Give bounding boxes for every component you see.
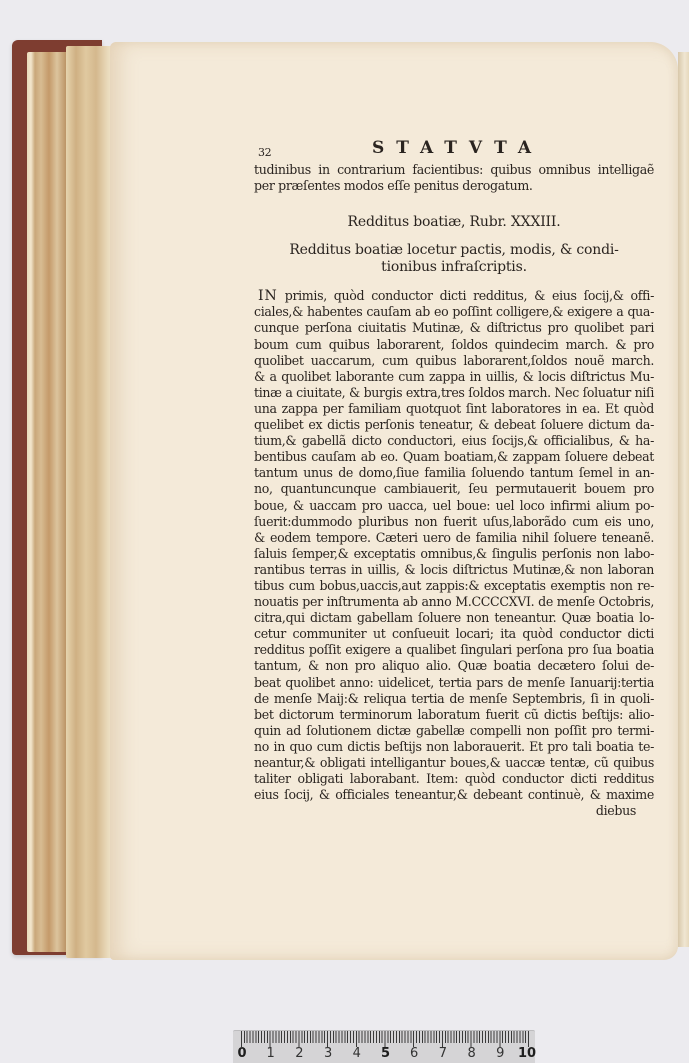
text-line: tibus cum bobus,uaccis,aut zappis:& exce… [254, 578, 654, 594]
ruler-label: 7 [439, 1046, 447, 1061]
text-line: neantur,& obligati intelligantur boues,&… [254, 755, 654, 771]
text-line: per præſentes modos eſſe penitus derogat… [254, 178, 654, 194]
text-line: taliter obligati laborabant. Item: quòd … [254, 771, 654, 787]
page-text-block: 32 STATVTA tudinibus in contrarium facie… [254, 140, 654, 819]
ruler-label: 10 [518, 1046, 536, 1061]
text-line: & a quolibet laborante cum zappa in uill… [254, 369, 654, 385]
text-line: rantibus terras in uillis, & locis diſtr… [254, 562, 654, 578]
text-line: citra,qui dictam gabellam ſoluere non te… [254, 610, 654, 626]
ruler-label: 9 [496, 1046, 504, 1061]
text-line: cunque perſona ciuitatis Mutinæ, & diſtr… [254, 320, 654, 336]
facing-page-edge [678, 52, 689, 947]
ruler-label: 0 [237, 1046, 246, 1061]
measurement-ruler: 0 1 2 3 4 5 6 7 8 9 10 [233, 1030, 535, 1063]
text-line: ciales,& habentes cauſam ab eo poſſint c… [254, 304, 654, 320]
running-title: STATVTA [372, 140, 543, 156]
text-line: tantum unus de domo,ſiue familia ſoluend… [254, 465, 654, 481]
text-line: quolibet uaccarum, cum quibus laborarent… [254, 353, 654, 369]
scan-scene: 32 STATVTA tudinibus in contrarium facie… [0, 0, 689, 1063]
text-line: boue, & uaccam pro uacca, uel boue: uel … [254, 498, 654, 514]
text-line: quelibet ex dictis perſonis teneatur, & … [254, 417, 654, 433]
initial-letters: IN [258, 288, 278, 304]
ruler-major-ticks [241, 1031, 529, 1047]
ruler-label: 5 [381, 1046, 390, 1061]
text-line: quin ad ſolutionem dictæ gabellæ compell… [254, 723, 654, 739]
catchword: diebus [254, 803, 654, 819]
text-line: tudinibus in contrarium facientibus: qui… [254, 162, 654, 178]
rubric-heading: Redditus boatiæ, Rubr. XXXIII. [254, 214, 654, 230]
ruler-label: 6 [410, 1046, 418, 1061]
ruler-label: 8 [467, 1046, 475, 1061]
text-line: tantum, & non pro aliquo alio. Quæ boati… [254, 658, 654, 674]
text-line: ſuerit:dummodo pluribus non fuerit uſus,… [254, 514, 654, 530]
folio-number: 32 [258, 145, 271, 161]
subheading: Redditus boatiæ locetur pactis, modis, &… [254, 242, 654, 276]
text-line: redditus poſſit exigere a qualibet ſingu… [254, 642, 654, 658]
text-line: eius ſocij, & officiales teneantur,& deb… [254, 787, 654, 803]
subheading-line: Redditus boatiæ locetur pactis, modis, &… [254, 242, 654, 259]
text-line: boum cum quibus laborarent, ſoldos quind… [254, 337, 654, 353]
text-line: bet dictorum terminorum laboratum fuerit… [254, 707, 654, 723]
body-paragraph: IN primis, quòd conductor dicti redditus… [254, 288, 654, 819]
ruler-label: 1 [267, 1046, 275, 1061]
text-line: tium,& gabellã dicto conductori, eius ſo… [254, 433, 654, 449]
opening-paragraph: tudinibus in contrarium facientibus: qui… [254, 162, 654, 194]
text-line: nouatis per inſtrumenta ab anno M.CCCCXV… [254, 594, 654, 610]
text-line: beat quolibet anno: uidelicet, tertia pa… [254, 675, 654, 691]
ruler-label: 3 [324, 1046, 332, 1061]
ruler-label: 2 [295, 1046, 303, 1061]
subheading-line: tionibus infraſcriptis. [254, 259, 654, 276]
text-line: no, quantuncunque cambiauerit, ſeu permu… [254, 481, 654, 497]
text-line: cetur communiter ut conſueuit locari; it… [254, 626, 654, 642]
running-head: 32 STATVTA [254, 140, 654, 162]
ruler-label: 4 [353, 1046, 361, 1061]
text-line: ſaluis ſemper,& exceptatis omnibus,& ſin… [254, 546, 654, 562]
text-line: no in quo cum dictis beſtijs non laborau… [254, 739, 654, 755]
text-line: tinæ a ciuitate, & burgis extra,tres ſol… [254, 385, 654, 401]
page-block-inner-leaves [66, 46, 116, 958]
text-line: bentibus cauſam ab eo. Quam boatiam,& za… [254, 449, 654, 465]
text-line: & eodem tempore. Cæteri uero de familia … [254, 530, 654, 546]
text-line: una zappa per familiam quotquot ſint lab… [254, 401, 654, 417]
text-line: de menſe Maij:& reliqua tertia de menſe … [254, 691, 654, 707]
text-line: IN primis, quòd conductor dicti redditus… [254, 288, 654, 304]
